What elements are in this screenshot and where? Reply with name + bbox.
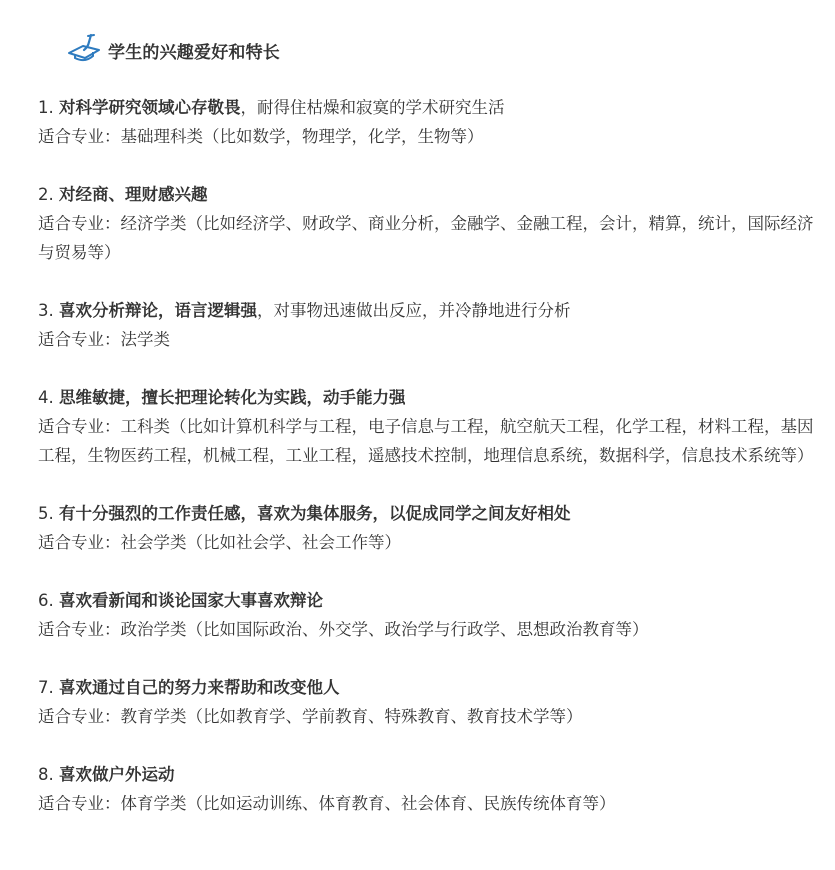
list-item: 7. 喜欢通过自己的努力来帮助和改变他人 适合专业：教育学类（比如教育学、学前教… [38, 673, 818, 731]
majors-text: 法学类 [121, 330, 171, 349]
item-number: 6. [38, 591, 54, 610]
item-majors: 适合专业：法学类 [38, 325, 818, 354]
item-heading: 2. 对经商、理财感兴趣 [38, 180, 818, 209]
majors-text: 教育学类（比如教育学、学前教育、特殊教育、教育技术学等） [121, 707, 583, 726]
majors-text: 体育学类（比如运动训练、体育教育、社会体育、民族传统体育等） [121, 794, 616, 813]
majors-text: 经济学类（比如经济学、财政学、商业分析，金融学、金融工程，会计，精算，统计，国际… [38, 214, 814, 262]
item-number: 8. [38, 765, 54, 784]
item-bold-text: 喜欢做户外运动 [59, 765, 175, 784]
section-title: 学生的兴趣爱好和特长 [108, 38, 280, 63]
item-heading: 3. 喜欢分析辩论，语言逻辑强，对事物迅速做出反应，并冷静地进行分析 [38, 296, 818, 325]
graduation-cap-icon [66, 33, 108, 67]
item-number: 4. [38, 388, 54, 407]
item-heading: 1. 对科学研究领域心存敬畏，耐得住枯燥和寂寞的学术研究生活 [38, 93, 818, 122]
item-majors: 适合专业：工科类（比如计算机科学与工程，电子信息与工程，航空航天工程，化学工程，… [38, 412, 818, 470]
item-bold-text: 有十分强烈的工作责任感，喜欢为集体服务，以促成同学之间友好相处 [59, 504, 571, 523]
item-rest-text: ，耐得住枯燥和寂寞的学术研究生活 [241, 98, 505, 117]
majors-label: 适合专业： [38, 707, 121, 726]
item-number: 2. [38, 185, 54, 204]
item-majors: 适合专业：政治学类（比如国际政治、外交学、政治学与行政学、思想政治教育等） [38, 615, 818, 644]
majors-label: 适合专业： [38, 620, 121, 639]
item-heading: 6. 喜欢看新闻和谈论国家大事喜欢辩论 [38, 586, 818, 615]
interest-list: 1. 对科学研究领域心存敬畏，耐得住枯燥和寂寞的学术研究生活 适合专业：基础理科… [38, 93, 818, 818]
item-heading: 4. 思维敏捷，擅长把理论转化为实践，动手能力强 [38, 383, 818, 412]
majors-text: 工科类（比如计算机科学与工程，电子信息与工程，航空航天工程，化学工程，材料工程，… [38, 417, 814, 465]
majors-label: 适合专业： [38, 330, 121, 349]
item-majors: 适合专业：经济学类（比如经济学、财政学、商业分析，金融学、金融工程，会计，精算，… [38, 209, 818, 267]
majors-text: 基础理科类（比如数学，物理学，化学，生物等） [121, 127, 484, 146]
list-item: 8. 喜欢做户外运动 适合专业：体育学类（比如运动训练、体育教育、社会体育、民族… [38, 760, 818, 818]
item-heading: 7. 喜欢通过自己的努力来帮助和改变他人 [38, 673, 818, 702]
item-number: 3. [38, 301, 54, 320]
item-number: 5. [38, 504, 54, 523]
list-item: 4. 思维敏捷，擅长把理论转化为实践，动手能力强 适合专业：工科类（比如计算机科… [38, 383, 818, 470]
list-item: 2. 对经商、理财感兴趣 适合专业：经济学类（比如经济学、财政学、商业分析，金融… [38, 180, 818, 267]
item-heading: 5. 有十分强烈的工作责任感，喜欢为集体服务，以促成同学之间友好相处 [38, 499, 818, 528]
item-bold-text: 喜欢分析辩论，语言逻辑强 [59, 301, 257, 320]
item-bold-text: 喜欢看新闻和谈论国家大事喜欢辩论 [59, 591, 323, 610]
item-number: 1. [38, 98, 54, 117]
majors-label: 适合专业： [38, 533, 121, 552]
item-majors: 适合专业：体育学类（比如运动训练、体育教育、社会体育、民族传统体育等） [38, 789, 818, 818]
item-bold-text: 对科学研究领域心存敬畏 [59, 98, 241, 117]
item-majors: 适合专业：基础理科类（比如数学，物理学，化学，生物等） [38, 122, 818, 151]
list-item: 1. 对科学研究领域心存敬畏，耐得住枯燥和寂寞的学术研究生活 适合专业：基础理科… [38, 93, 818, 151]
list-item: 6. 喜欢看新闻和谈论国家大事喜欢辩论 适合专业：政治学类（比如国际政治、外交学… [38, 586, 818, 644]
majors-label: 适合专业： [38, 127, 121, 146]
majors-label: 适合专业： [38, 417, 121, 436]
item-bold-text: 对经商、理财感兴趣 [59, 185, 208, 204]
list-item: 3. 喜欢分析辩论，语言逻辑强，对事物迅速做出反应，并冷静地进行分析 适合专业：… [38, 296, 818, 354]
item-bold-text: 喜欢通过自己的努力来帮助和改变他人 [59, 678, 340, 697]
list-item: 5. 有十分强烈的工作责任感，喜欢为集体服务，以促成同学之间友好相处 适合专业：… [38, 499, 818, 557]
item-majors: 适合专业：教育学类（比如教育学、学前教育、特殊教育、教育技术学等） [38, 702, 818, 731]
item-majors: 适合专业：社会学类（比如社会学、社会工作等） [38, 528, 818, 557]
majors-label: 适合专业： [38, 214, 121, 233]
item-rest-text: ，对事物迅速做出反应，并冷静地进行分析 [257, 301, 571, 320]
majors-label: 适合专业： [38, 794, 121, 813]
section-header: 学生的兴趣爱好和特长 [66, 32, 280, 68]
item-bold-text: 思维敏捷，擅长把理论转化为实践，动手能力强 [59, 388, 406, 407]
item-heading: 8. 喜欢做户外运动 [38, 760, 818, 789]
majors-text: 社会学类（比如社会学、社会工作等） [121, 533, 402, 552]
majors-text: 政治学类（比如国际政治、外交学、政治学与行政学、思想政治教育等） [121, 620, 649, 639]
item-number: 7. [38, 678, 54, 697]
